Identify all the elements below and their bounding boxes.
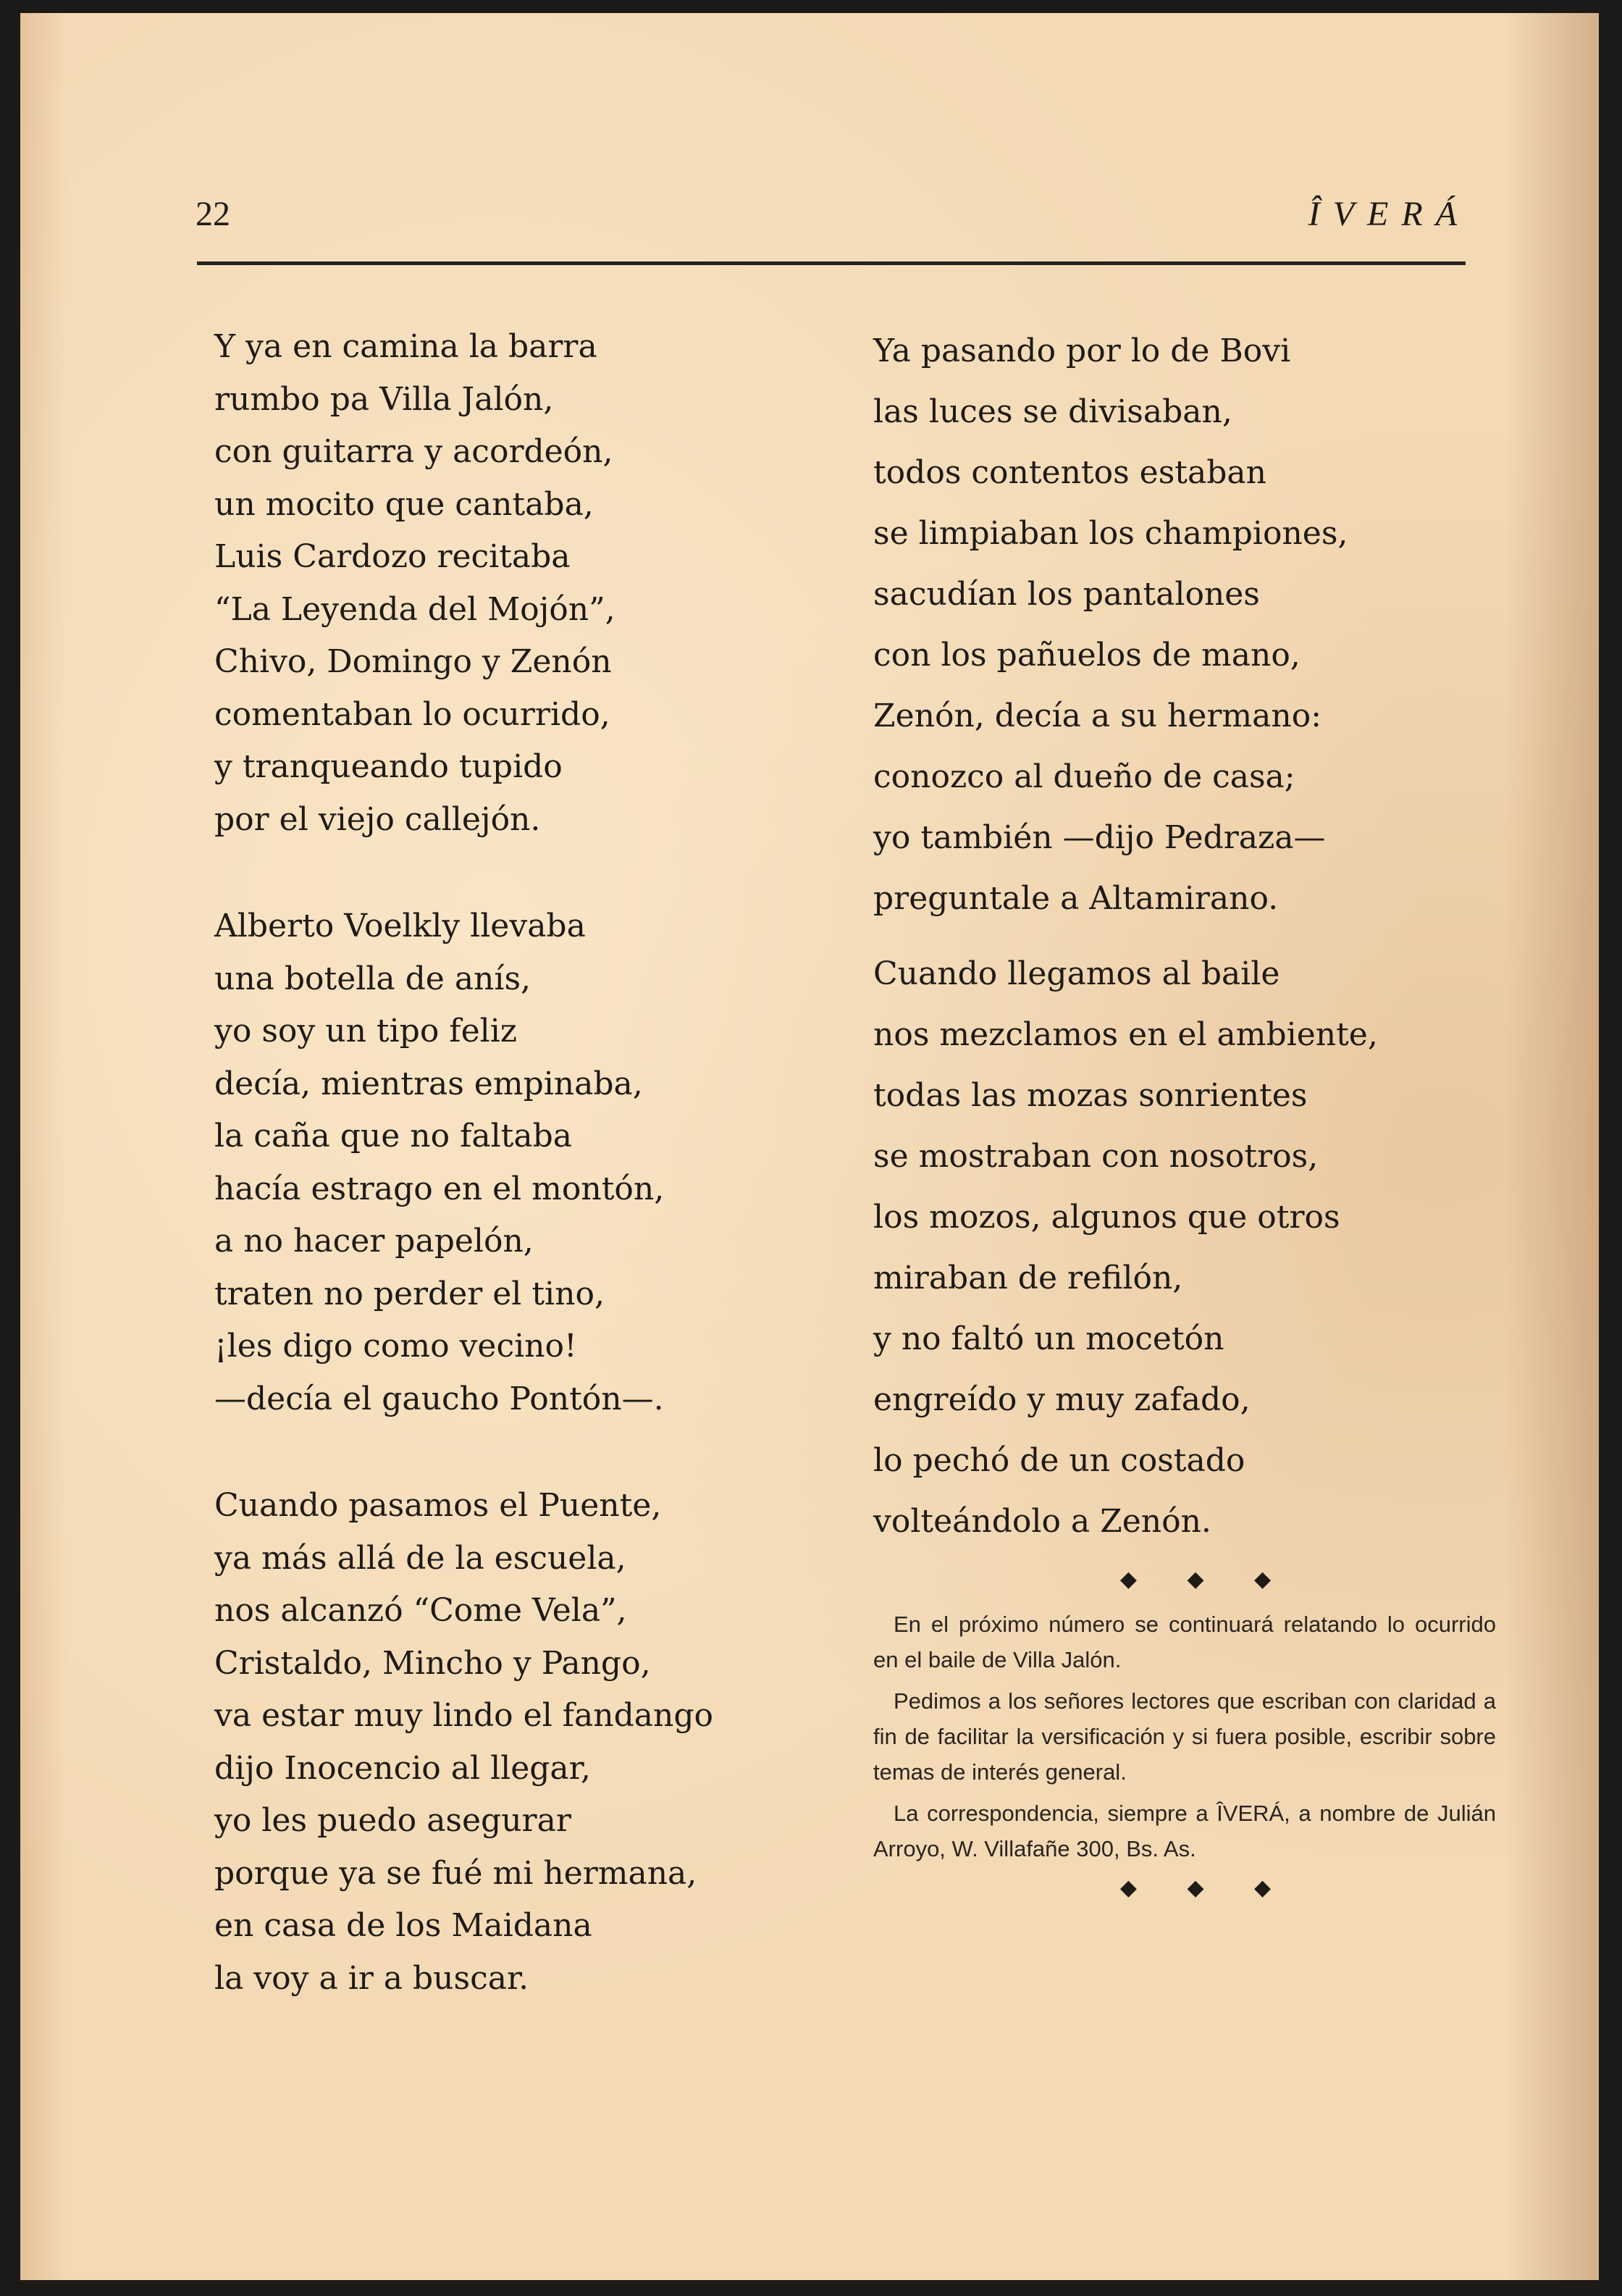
verse-line: conozco al dueño de casa; bbox=[873, 747, 1496, 808]
verse-line: yo soy un tipo feliz bbox=[214, 1005, 808, 1058]
verse-line: las luces se divisaban, bbox=[873, 382, 1496, 443]
verse-line: traten no perder el tino, bbox=[214, 1268, 808, 1321]
verse-line: Cuando pasamos el Puente, bbox=[214, 1480, 808, 1533]
verse-line: “La Leyenda del Mojón”, bbox=[214, 584, 808, 637]
verse-line: yo también —dijo Pedraza— bbox=[873, 808, 1496, 868]
page-number: 22 bbox=[196, 194, 230, 234]
verse-line: ¡les digo como vecino! bbox=[214, 1320, 808, 1373]
verse-line: decía, mientras empinaba, bbox=[214, 1058, 808, 1111]
verse-line: a no hacer papelón, bbox=[214, 1215, 808, 1268]
left-column: Y ya en camina la barra rumbo pa Villa J… bbox=[214, 321, 808, 2059]
stanza: Y ya en camina la barra rumbo pa Villa J… bbox=[214, 321, 808, 846]
editorial-note: La correspondencia, siempre a ÎVERÁ, a n… bbox=[873, 1796, 1496, 1866]
verse-line: engreído y muy zafado, bbox=[873, 1370, 1496, 1430]
page-header: 22 ÎVERÁ bbox=[196, 187, 1470, 245]
verse-line: Chivo, Domingo y Zenón bbox=[214, 636, 808, 689]
verse-line: Cuando llegamos al baile bbox=[873, 944, 1496, 1005]
verse-line: y tranqueando tupido bbox=[214, 741, 808, 794]
verse-line: un mocito que cantaba, bbox=[214, 479, 808, 532]
diamond-ornament-icon: ◆ ◆ ◆ bbox=[873, 1567, 1496, 1592]
magazine-title: ÎVERÁ bbox=[1308, 194, 1470, 234]
stanza: Alberto Voelkly llevaba una botella de a… bbox=[214, 900, 808, 1425]
header-rule bbox=[197, 261, 1466, 265]
verse-line: rumbo pa Villa Jalón, bbox=[214, 374, 808, 427]
verse-line: la voy a ir a buscar. bbox=[214, 1953, 808, 2006]
verse-line: Y ya en camina la barra bbox=[214, 321, 808, 374]
verse-line: se limpiaban los championes, bbox=[873, 503, 1496, 564]
verse-line: va estar muy lindo el fandango bbox=[214, 1690, 808, 1743]
verse-line: con los pañuelos de mano, bbox=[873, 625, 1496, 686]
verse-line: en casa de los Maidana bbox=[214, 1900, 808, 1953]
verse-line: miraban de refilón, bbox=[873, 1248, 1496, 1309]
verse-line: Alberto Voelkly llevaba bbox=[214, 900, 808, 953]
verse-line: todos contentos estaban bbox=[873, 443, 1496, 503]
diamond-ornament-icon: ◆ ◆ ◆ bbox=[873, 1875, 1496, 1901]
right-column: Ya pasando por lo de Bovi las luces se d… bbox=[873, 321, 1496, 1915]
editorial-note: Pedimos a los señores lectores que escri… bbox=[873, 1683, 1496, 1790]
stanza: Cuando llegamos al baile nos mezclamos e… bbox=[873, 944, 1496, 1552]
verse-line: y no faltó un mocetón bbox=[873, 1309, 1496, 1370]
verse-line: dijo Inocencio al llegar, bbox=[214, 1743, 808, 1796]
verse-line: se mostraban con nosotros, bbox=[873, 1126, 1496, 1187]
verse-line: —decía el gaucho Pontón—. bbox=[214, 1373, 808, 1426]
verse-line: volteándolo a Zenón. bbox=[873, 1491, 1496, 1552]
stanza: Ya pasando por lo de Bovi las luces se d… bbox=[873, 321, 1496, 929]
verse-line: con guitarra y acordeón, bbox=[214, 426, 808, 479]
verse-line: ya más allá de la escuela, bbox=[214, 1533, 808, 1585]
verse-line: una botella de anís, bbox=[214, 953, 808, 1006]
verse-line: yo les puedo asegurar bbox=[214, 1795, 808, 1848]
verse-line: lo pechó de un costado bbox=[873, 1430, 1496, 1491]
stanza: Cuando pasamos el Puente, ya más allá de… bbox=[214, 1480, 808, 2005]
verse-line: hacía estrago en el montón, bbox=[214, 1163, 808, 1216]
verse-line: todas las mozas sonrientes bbox=[873, 1065, 1496, 1126]
verse-line: comentaban lo ocurrido, bbox=[214, 689, 808, 742]
verse-line: los mozos, algunos que otros bbox=[873, 1187, 1496, 1248]
editorial-note: En el próximo número se continuará relat… bbox=[873, 1606, 1496, 1677]
verse-line: la caña que no faltaba bbox=[214, 1110, 808, 1163]
verse-line: porque ya se fué mi hermana, bbox=[214, 1848, 808, 1901]
verse-line: Ya pasando por lo de Bovi bbox=[873, 321, 1496, 382]
verse-line: nos mezclamos en el ambiente, bbox=[873, 1005, 1496, 1065]
verse-line: preguntale a Altamirano. bbox=[873, 868, 1496, 929]
verse-line: Luis Cardozo recitaba bbox=[214, 531, 808, 584]
magazine-page: 22 ÎVERÁ Y ya en camina la barra rumbo p… bbox=[20, 13, 1599, 2280]
verse-line: sacudían los pantalones bbox=[873, 564, 1496, 625]
verse-line: nos alcanzó “Come Vela”, bbox=[214, 1585, 808, 1638]
verse-line: Cristaldo, Mincho y Pango, bbox=[214, 1638, 808, 1690]
verse-line: por el viejo callejón. bbox=[214, 794, 808, 847]
verse-line: Zenón, decía a su hermano: bbox=[873, 686, 1496, 747]
